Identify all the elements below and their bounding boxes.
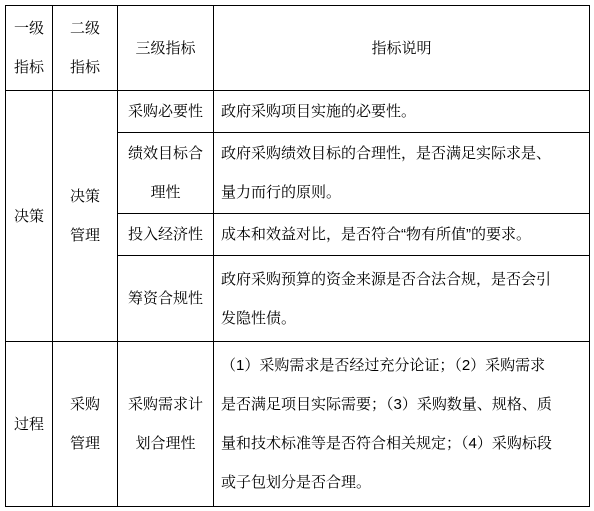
indicator-table: 一级 指标 二级 指标 三级指标 指标说明 决策 决策 管理 采购必要性 政府采… (5, 5, 590, 507)
desc-cell-financing-compliance: 政府采购预算的资金来源是否合法合规，是否会引 发隐性债。 (214, 256, 590, 342)
header-level1-indicator: 一级 指标 (6, 6, 53, 91)
table-header-row: 一级 指标 二级 指标 三级指标 指标说明 (6, 6, 590, 91)
level3-cell-financing-compliance: 筹资合规性 (118, 256, 214, 342)
desc-cell-procurement-necessity: 政府采购项目实施的必要性。 (214, 91, 590, 133)
level1-cell-decision: 决策 (6, 91, 53, 342)
desc-cell-input-economy: 成本和效益对比，是否符合“物有所值”的要求。 (214, 214, 590, 256)
table-row-procurement-demand-plan: 过程 采购 管理 采购需求计 划合理性 （1）采购需求是否经过充分论证；（2）采… (6, 342, 590, 507)
level2-cell-procurement-management: 采购 管理 (53, 342, 118, 507)
level3-cell-procurement-demand-plan: 采购需求计 划合理性 (118, 342, 214, 507)
header-indicator-description: 指标说明 (214, 6, 590, 91)
document-page: 一级 指标 二级 指标 三级指标 指标说明 决策 决策 管理 采购必要性 政府采… (0, 0, 594, 511)
level2-cell-decision-management: 决策 管理 (53, 91, 118, 342)
table-row-procurement-necessity: 决策 决策 管理 采购必要性 政府采购项目实施的必要性。 (6, 91, 590, 133)
level3-cell-input-economy: 投入经济性 (118, 214, 214, 256)
level3-cell-procurement-necessity: 采购必要性 (118, 91, 214, 133)
desc-cell-performance-goal-rationality: 政府采购绩效目标的合理性，是否满足实际求是、 量力而行的原则。 (214, 133, 590, 214)
level3-cell-performance-goal-rationality: 绩效目标合 理性 (118, 133, 214, 214)
desc-cell-procurement-demand-plan: （1）采购需求是否经过充分论证；（2）采购需求 是否满足项目实际需要；（3）采购… (214, 342, 590, 507)
level1-cell-process: 过程 (6, 342, 53, 507)
header-level3-indicator: 三级指标 (118, 6, 214, 91)
header-level2-indicator: 二级 指标 (53, 6, 118, 91)
